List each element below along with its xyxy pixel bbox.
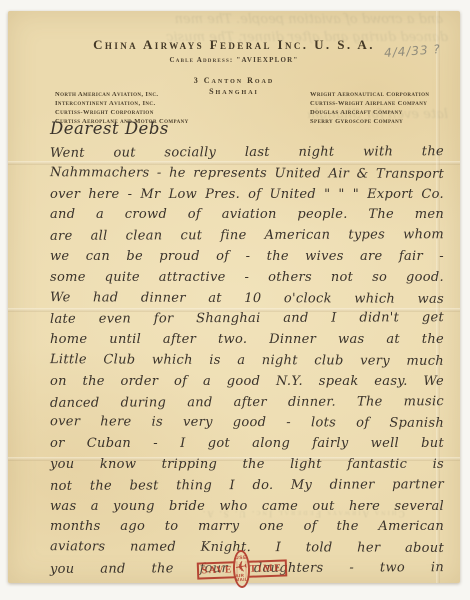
handwritten-line: over here - Mr Low Pres. of United " " "… <box>50 187 444 208</box>
scan-background: { "letterhead": { "company": "China Airw… <box>0 0 470 600</box>
handwritten-line: are all clean cut fine American types wh… <box>50 227 444 250</box>
letter-body: Dearest Debs Went out socially last nigh… <box>50 119 444 582</box>
handwritten-line: We had dinner at 10 o'clock which was <box>50 290 444 313</box>
handwritten-line: and a crowd of aviation people. The men <box>50 207 444 228</box>
company-list-item: Intercontinent Aviation, Inc. <box>55 99 189 108</box>
company-list-item: North American Aviation, Inc. <box>55 90 189 99</box>
handwritten-line: or Cuban - I got along fairly well but <box>50 436 444 457</box>
handwritten-line: some quite attractive - others not so go… <box>50 270 444 291</box>
stamp-time-label: TIME <box>244 559 287 577</box>
street-address: 3 Canton Road <box>8 76 460 85</box>
handwritten-line: over here is very good - lots of Spanish <box>50 414 444 437</box>
handwritten-line: you know tripping the light fantastic is <box>50 457 444 478</box>
company-list-item: Curtiss-Wright Corporation <box>55 108 189 117</box>
stamp-circle: USE ✈ AIR MAIL <box>232 550 250 589</box>
company-list-item: Douglas Aircraft Company <box>310 108 429 117</box>
handwritten-line: home until after two. Dinner was at the <box>50 332 444 353</box>
company-list-item: Wright Aeronautical Corporation <box>310 90 429 99</box>
handwritten-line: Little Club which is a night club very m… <box>50 352 444 375</box>
airplane-icon: ✈ <box>234 560 249 575</box>
handwritten-line: on the order of a good N.Y. speak easy. … <box>50 374 444 395</box>
handwritten-line: late even for Shanghai and I didn't get <box>50 311 444 334</box>
handwritten-line: danced during and after dinner. The musi… <box>50 394 444 417</box>
company-list-item: Curtiss-Wright Airplane Company <box>310 99 429 108</box>
letter-lines: Went out socially last night with theNah… <box>50 145 444 582</box>
bleedthrough-handwriting: and a crowd of aviation people. The men <box>33 12 443 27</box>
letter-paper: and a crowd of aviation people. The men … <box>8 11 460 583</box>
stamp-save-label: SAVE <box>196 561 238 579</box>
handwritten-line: Went out socially last night with the <box>50 144 444 167</box>
handwritten-line: Nahmmachers - he represents United Air &… <box>50 165 444 188</box>
greeting: Dearest Debs <box>50 119 444 138</box>
handwritten-line: was a young bride who came out here seve… <box>50 499 444 520</box>
air-mail-stamp: SAVE USE ✈ AIR MAIL TIME <box>200 547 283 592</box>
handwritten-line: months ago to marry one of the American <box>50 519 444 540</box>
handwritten-line: not the best thing I do. My dinner partn… <box>50 477 444 500</box>
handwritten-line: we can be proud of - the wives are fair … <box>50 249 444 270</box>
